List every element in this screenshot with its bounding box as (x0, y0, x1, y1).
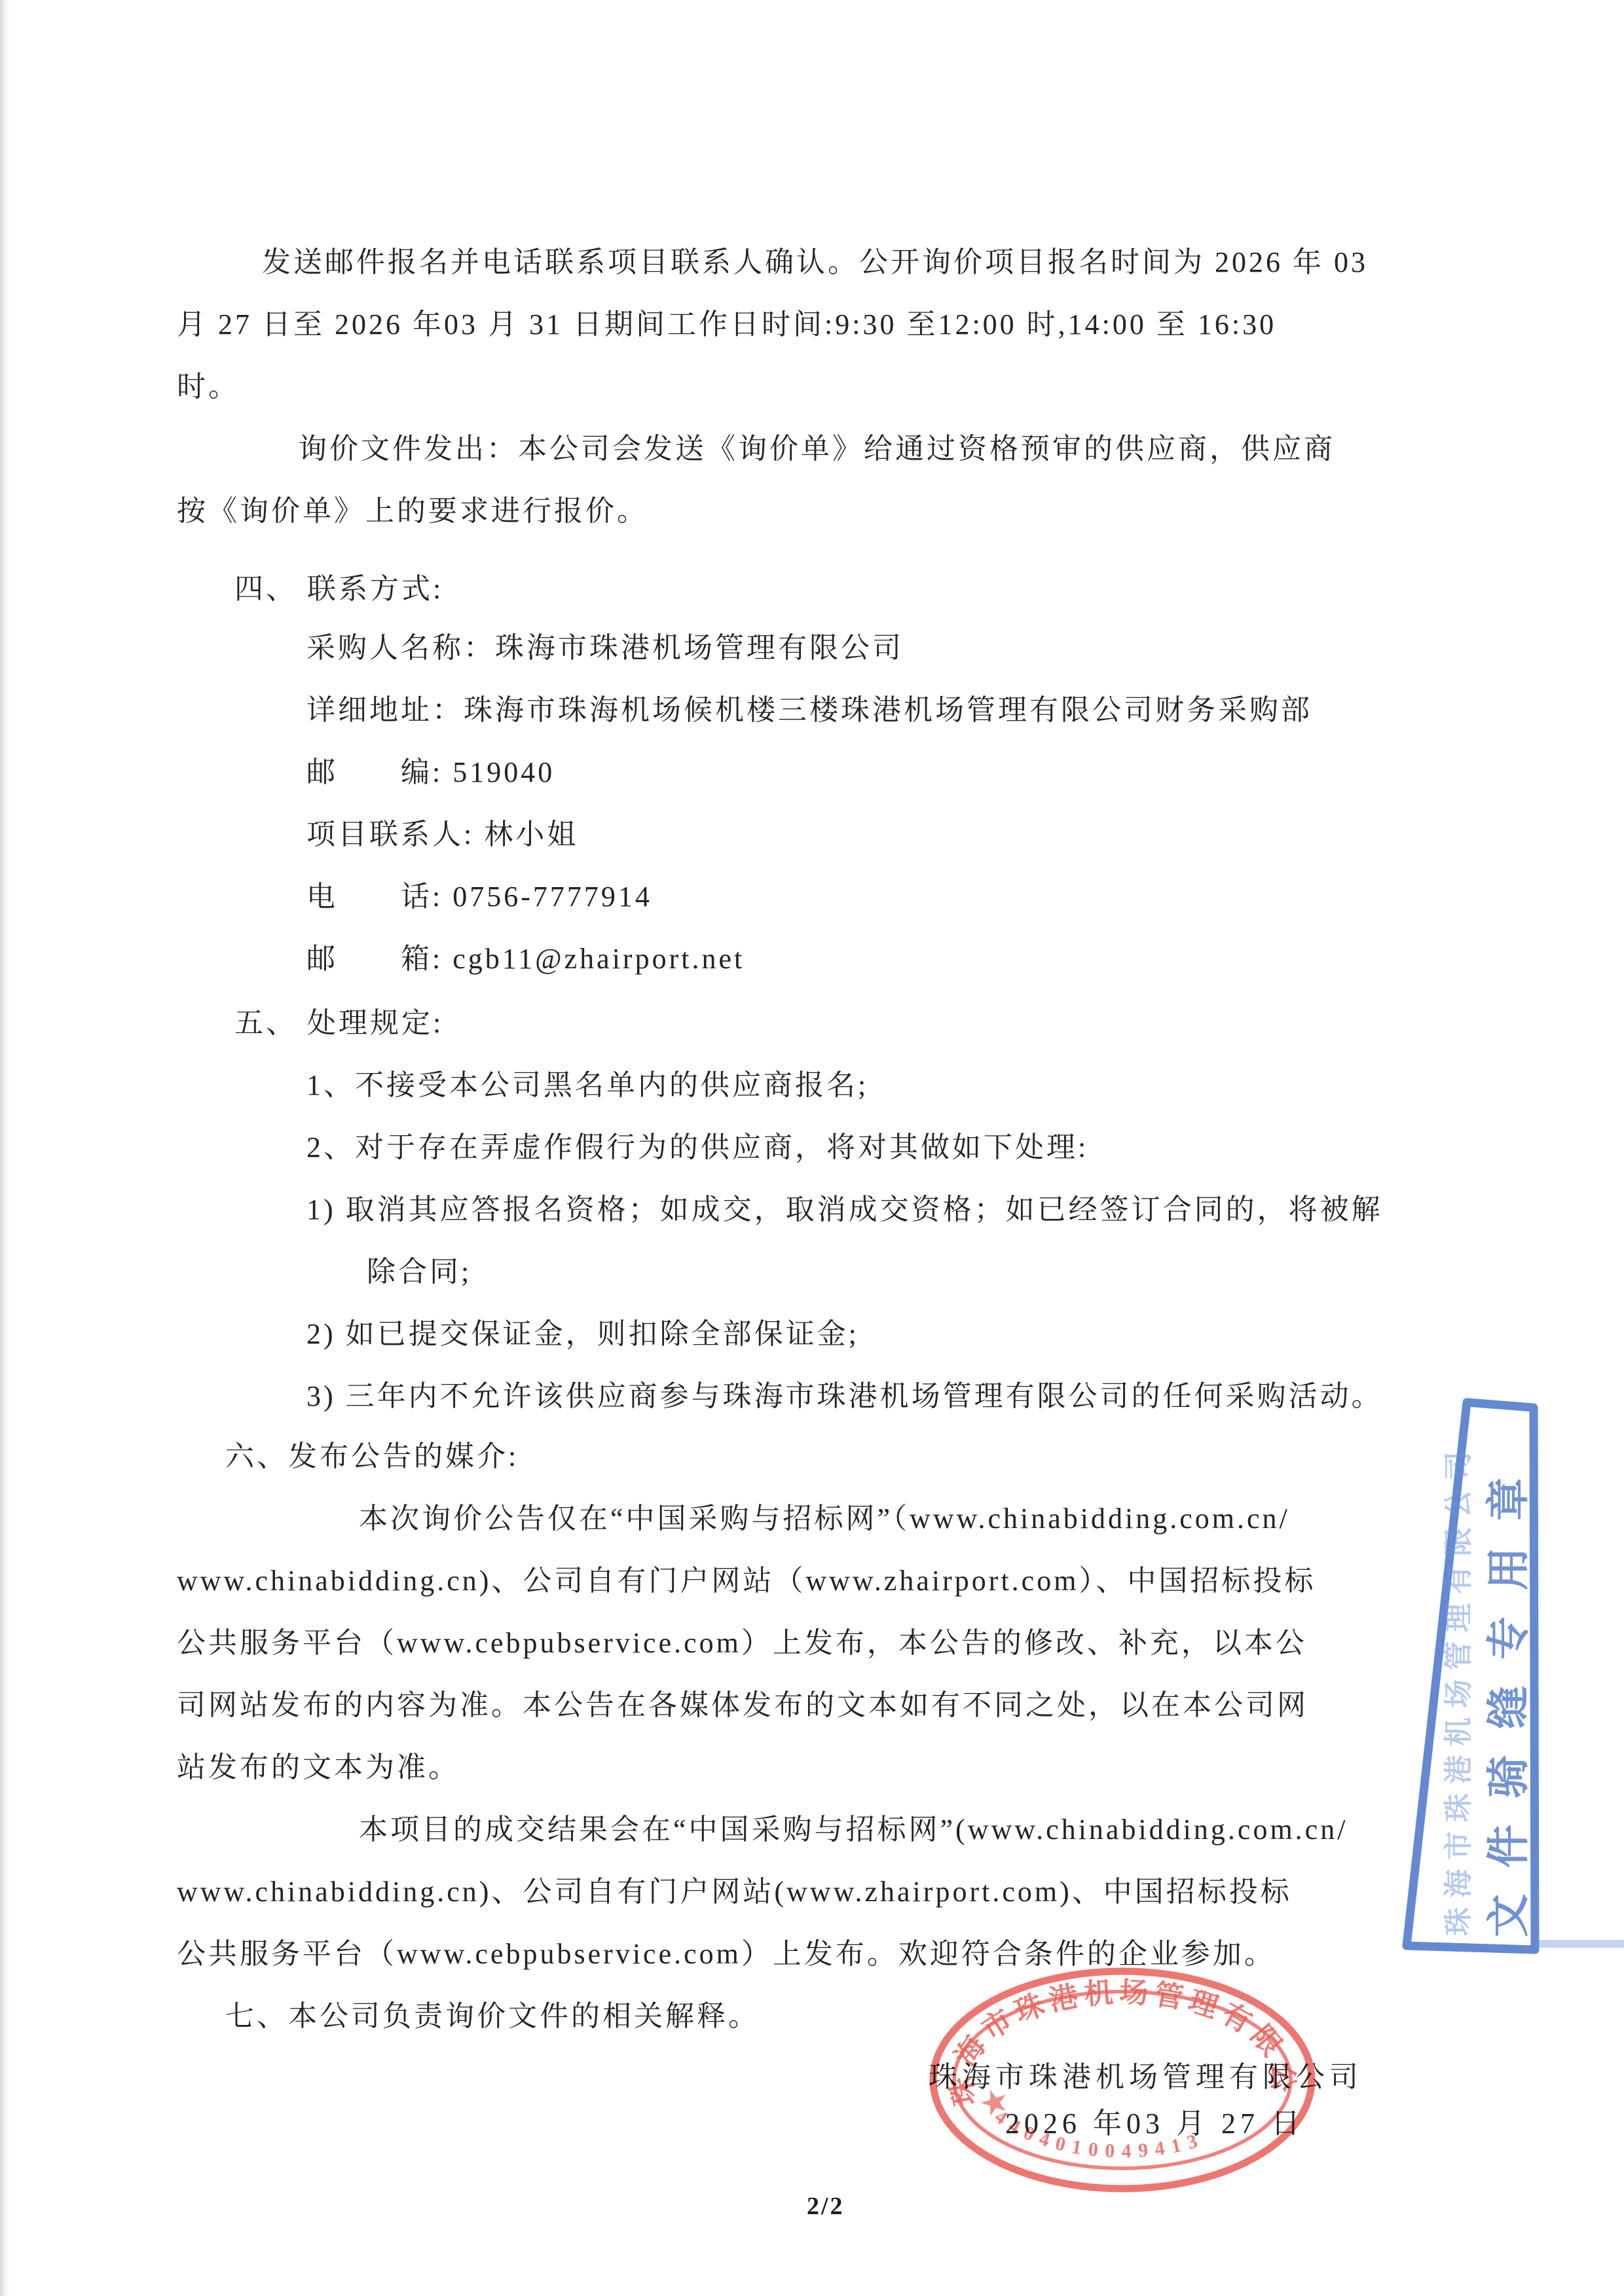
doc-line: 月 27 日至 2026 年03 月 31 日期间工作日时间:9:30 至12:… (177, 306, 1276, 342)
doc-line: 司网站发布的内容为准。本公告在各媒体发布的文本如有不同之处，以在本公司网 (177, 1687, 1308, 1723)
blue-paging-stamp: 文件骑缝专用章 珠海市珠港机场管理有限公司 (1395, 1391, 1624, 1961)
doc-line: 电 话: 0756-7777914 (306, 879, 652, 915)
scan-edge-shadow (0, 0, 9, 2296)
doc-line: 询价文件发出：本公司会发送《询价单》给通过资格预审的供应商，供应商 (298, 431, 1335, 467)
doc-line: 项目联系人: 林小姐 (306, 816, 578, 852)
doc-line: 时。 (177, 369, 240, 405)
doc-line: www.chinabidding.cn)、公司自有门户网站(www.zhairp… (177, 1874, 1292, 1910)
doc-line: 本次询价公告仅在“中国采购与招标网”（www.chinabidding.com.… (359, 1501, 1290, 1537)
doc-line: 详细地址：珠海市珠海机场候机楼三楼珠港机场管理有限公司财务采购部 (306, 692, 1312, 728)
scanned-document-page: 发送邮件报名并电话联系项目联系人确认。公开询价项目报名时间为 2026 年 03… (0, 0, 1624, 2296)
section-heading-7: 七、本公司负责询价文件的相关解释。 (225, 1998, 760, 2034)
red-company-seal: 珠海市珠港机场管理有限公司 4404010049413 ★ (926, 1965, 1319, 2195)
stamp-company-text: 珠海市珠港机场管理有限公司 (1443, 1442, 1475, 1936)
section-heading-6: 六、发布公告的媒介: (225, 1438, 519, 1474)
stamp-smudge (1535, 1940, 1624, 1948)
doc-line: 采购人名称：珠海市珠港机场管理有限公司 (306, 630, 904, 666)
doc-line: 按《询价单》上的要求进行报价。 (177, 493, 648, 529)
doc-line: 邮 编: 519040 (306, 754, 555, 790)
doc-line: 1) 取消其应答报名资格；如成交，取消成交资格；如已经签订合同的，将被解 (306, 1192, 1383, 1228)
doc-line: 2、对于存在弄虚作假行为的供应商，将对其做如下处理: (306, 1129, 1088, 1165)
doc-line: 2) 如已提交保证金，则扣除全部保证金; (306, 1316, 859, 1352)
doc-line: 1、不接受本公司黑名单内的供应商报名; (306, 1067, 868, 1103)
doc-line: www.chinabidding.cn)、公司自有门户网站（www.zhairp… (177, 1563, 1316, 1599)
doc-line: 3) 三年内不允许该供应商参与珠海市珠港机场管理有限公司的任何采购活动。 (306, 1378, 1383, 1414)
page-number: 2/2 (807, 2192, 845, 2221)
stamp-label-text: 文件骑缝专用章 (1485, 1451, 1533, 1937)
doc-line: 本项目的成交结果会在“中国采购与招标网”(www.chinabidding.co… (359, 1812, 1348, 1848)
seal-code-arc-text: 4404010049413 (991, 2105, 1207, 2162)
doc-line: 邮 箱: cgb11@zhairport.net (306, 941, 745, 977)
section-heading-4: 四、 联系方式: (234, 571, 443, 607)
doc-line: 发送邮件报名并电话联系项目联系人确认。公开询价项目报名时间为 2026 年 03 (262, 244, 1368, 280)
seal-company-arc-text: 珠海市珠港机场管理有限公司 (926, 1965, 1299, 2108)
doc-line: 公共服务平台（www.cebpubservice.com）上发布，本公告的修改、… (177, 1625, 1307, 1661)
section-heading-5: 五、 处理规定: (234, 1005, 443, 1041)
doc-line: 站发布的文本为准。 (177, 1749, 460, 1785)
doc-line: 除合同; (367, 1254, 471, 1290)
